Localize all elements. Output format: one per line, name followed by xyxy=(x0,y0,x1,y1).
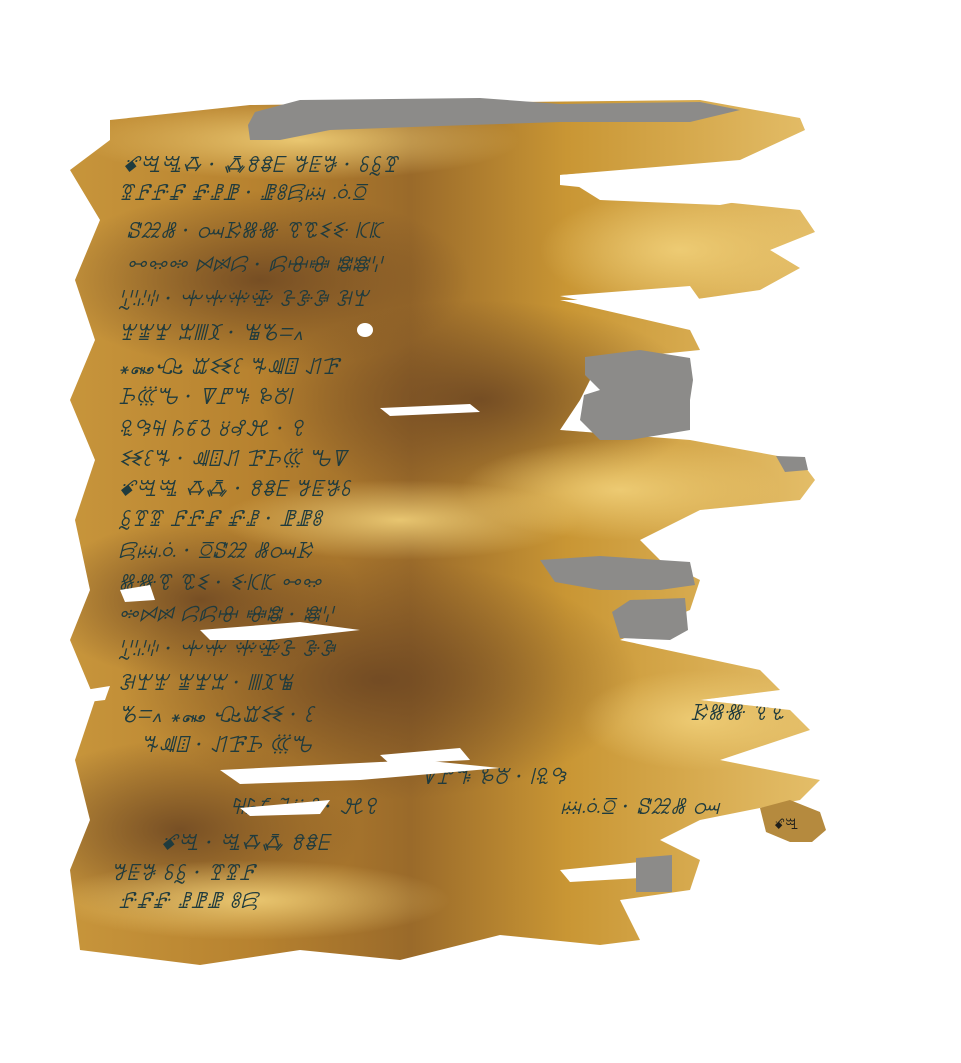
script-line: ꗒꗓꗔꗕ ꗖꗗꗘ · ꗙꗚꗛꗜ ꗝꗞ xyxy=(118,181,368,206)
bark-surface: ꗄꗅꗆꗇ · ꗈꗉꗊꗋ ꗌꗍꗎ · ꗏꗐꗑ ꗒꗓꗔꗕ ꗖꗗꗘ · ꗙꗚꗛꗜ ꗝꗞ… xyxy=(0,95,852,975)
script-line: ꗄꗅꗆꗇ · ꗈꗉꗊꗋ ꗌꗍꗎ · ꗏꗐꗑ xyxy=(122,153,400,178)
manuscript-photo: ꗄꗅꗆꗇ · ꗈꗉꗊꗋ ꗌꗍꗎ · ꗏꗐꗑ ꗒꗓꗔꗕ ꗖꗗꗘ · ꗙꗚꗛꗜ ꗝꗞ… xyxy=(0,0,961,1063)
script-line: ꘄꘅꘆ ꘇꘈꘉ · ꘊꘋꘌ꘍ xyxy=(118,321,304,346)
script-line: ꘒꘓꘔ · ꘕꘖꘗ ꘘꘙꘚ ꘛꘜ xyxy=(118,447,349,472)
script-line: ꗛꗜꗝ · ꗞꗟꗠ ꗡꗢꗣ xyxy=(118,539,314,564)
script-line: ꘎꘏ꘐ ꘑꘒꘓ ꘔꘕꘖ ꘗꘘ xyxy=(118,355,341,380)
script-line: ꘋꘌ꘍ ꘎꘏ ꘐꘑꘒ · ꘓ xyxy=(118,703,316,728)
script-line: ꗟꗠꗡ · ꗢꗣꗤꗥ ꗦꗧꗨꗩ ꗪꗫ xyxy=(126,219,385,244)
script-line: ꘢꘣꘤ ꘥꘦꘧ ꘨꘩ꘪ · ꘫ xyxy=(118,417,304,442)
script-line: ꗬꗭꗮ ꗯꗰꗱ · ꗲꗳꗴ ꗵꗶꗷ xyxy=(126,253,385,278)
script-line: ꘂꘃꘄ ꘅꘆꘇ · ꘈꘉꘊ xyxy=(118,671,294,696)
script-line: ꗌꗍꗎ ꗏꗐ · ꗑꗒꗓ xyxy=(110,861,258,886)
script-line: ꗣꗤꗥ ꗦꗧ · ꗨꗩꗪ xyxy=(690,701,852,726)
fragment-script: ꗄꗅ xyxy=(774,817,798,833)
script-line: ꗜꗝꗞ · ꗟꗠꗡ ꗢ xyxy=(560,795,721,820)
manuscript-canvas: ꗄꗅꗆꗇ · ꗈꗉꗊꗋ ꗌꗍꗎ · ꗏꗐꗑ ꗒꗓꗔꗕ ꗖꗗꗘ · ꗙꗚꗛꗜ ꗝꗞ… xyxy=(0,0,961,1063)
script-line: ꗸꗹꗺ · ꗻꗼ ꗽꗾꗿ ꘀꘁ xyxy=(118,637,337,662)
script-line: ꗔꗕꗖ ꗗꗘꗙ ꗚꗛ xyxy=(118,889,261,914)
script-line: ꘙꘚꘛ · ꘜꘝꘞ ꘟ꘠꘡ xyxy=(118,385,294,410)
script-line: ꗄꗅꗆ ꗇꗈ · ꗉꗊꗋ ꗌꗍꗎꗏ xyxy=(118,477,351,502)
script-line: ꘔꘕꘖ · ꘗꘘꘙ ꘚꘛ xyxy=(140,733,312,758)
script-line: ꗐꗑꗒ ꗓꗔꗕ ꗖꗗ · ꗘꗙꗚ xyxy=(118,507,324,532)
script-line: ꗄꗅ · ꗆꗇꗈ ꗉꗊꗋ xyxy=(160,831,333,856)
script-line: ꗸꗹꗺ · ꗻꗼꗽꗾ ꗿꘀꘁ ꘂꘃ xyxy=(118,287,371,312)
